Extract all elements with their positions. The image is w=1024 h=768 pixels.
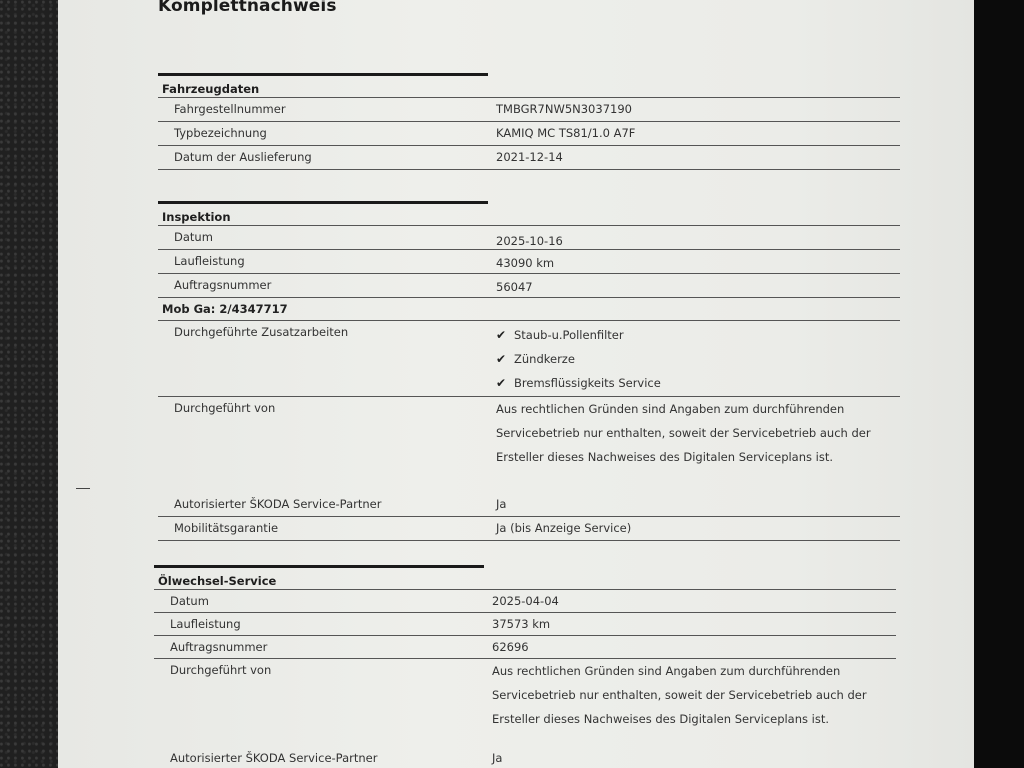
section-fahrzeugdaten: Fahrzeugdaten Fahrgestellnummer TMBGR7NW… xyxy=(158,73,900,170)
legal-notice-line: Ersteller dieses Nachweises des Digitale… xyxy=(496,445,900,469)
row-label: Auftragsnummer xyxy=(158,274,496,297)
zusatzarbeiten-list: ✔ Staub-u.Pollenfilter ✔ Zündkerze ✔ Bre… xyxy=(496,321,900,396)
table-row: Autorisierter ŠKODA Service-Partner Ja xyxy=(158,493,900,517)
leather-background xyxy=(0,0,58,768)
check-icon: ✔ xyxy=(496,376,514,390)
document-page: Komplettnachweis Fahrzeugdaten Fahrgeste… xyxy=(58,0,974,768)
legal-notice: Aus rechtlichen Gründen sind Angaben zum… xyxy=(492,659,896,747)
check-icon: ✔ xyxy=(496,352,514,366)
row-value: 56047 xyxy=(496,274,900,297)
row-value: Ja (bis Anzeige Service) xyxy=(496,517,900,540)
legal-notice-line: Aus rechtlichen Gründen sind Angaben zum… xyxy=(496,397,900,421)
row-value: 43090 km xyxy=(496,250,900,273)
dark-background xyxy=(974,0,1024,768)
list-item: ✔ Bremsflüssigkeits Service xyxy=(496,371,900,395)
table-row: Mobilitätsgarantie Ja (bis Anzeige Servi… xyxy=(158,517,900,541)
list-item-label: Bremsflüssigkeits Service xyxy=(514,376,661,390)
table-row: Datum der Auslieferung 2021-12-14 xyxy=(158,146,900,170)
table-row: Fahrgestellnummer TMBGR7NW5N3037190 xyxy=(158,98,900,122)
table-row: Autorisierter ŠKODA Service-Partner Ja xyxy=(154,747,896,768)
row-value: 62696 xyxy=(492,636,896,658)
table-row: Mob Ga: 2/4347717 xyxy=(158,298,900,321)
row-label: Autorisierter ŠKODA Service-Partner xyxy=(154,747,492,768)
table-row: Auftragsnummer 62696 xyxy=(154,636,896,659)
table-row: Datum 2025-04-04 xyxy=(154,590,896,613)
row-value: KAMIQ MC TS81/1.0 A7F xyxy=(496,122,900,145)
list-item: ✔ Zündkerze xyxy=(496,347,900,371)
section-title: Ölwechsel-Service xyxy=(154,568,896,590)
section-inspektion: Inspektion Datum 2025-10-16 Laufleistung… xyxy=(158,201,900,541)
table-row: Laufleistung 37573 km xyxy=(154,613,896,636)
document-title: Komplettnachweis xyxy=(158,0,337,16)
mob-ga-number: Mob Ga: 2/4347717 xyxy=(158,298,496,320)
row-label: Datum xyxy=(154,590,492,612)
row-label: Laufleistung xyxy=(154,613,492,635)
table-row: Typbezeichnung KAMIQ MC TS81/1.0 A7F xyxy=(158,122,900,146)
row-label: Durchgeführt von xyxy=(158,397,496,493)
legal-notice: Aus rechtlichen Gründen sind Angaben zum… xyxy=(496,397,900,493)
legal-notice-line: Ersteller dieses Nachweises des Digitale… xyxy=(492,707,896,731)
row-label: Datum xyxy=(158,226,496,249)
row-value: 2025-04-04 xyxy=(492,590,896,612)
row-value: Ja xyxy=(492,747,896,768)
table-row: Auftragsnummer 56047 xyxy=(158,274,900,298)
table-row: Durchgeführt von Aus rechtlichen Gründen… xyxy=(154,659,896,747)
row-label: Fahrgestellnummer xyxy=(158,98,496,121)
section-title: Fahrzeugdaten xyxy=(158,76,900,98)
list-item: ✔ Staub-u.Pollenfilter xyxy=(496,323,900,347)
row-label: Laufleistung xyxy=(158,250,496,273)
table-row: Durchgeführt von Aus rechtlichen Gründen… xyxy=(158,397,900,493)
list-item-label: Staub-u.Pollenfilter xyxy=(514,328,624,342)
row-label: Autorisierter ŠKODA Service-Partner xyxy=(158,493,496,516)
row-value: Ja xyxy=(496,493,900,516)
legal-notice-line: Servicebetrieb nur enthalten, soweit der… xyxy=(496,421,900,445)
table-row: Durchgeführte Zusatzarbeiten ✔ Staub-u.P… xyxy=(158,321,900,397)
row-label: Durchgeführte Zusatzarbeiten xyxy=(158,321,496,396)
row-label: Durchgeführt von xyxy=(154,659,492,747)
row-value: TMBGR7NW5N3037190 xyxy=(496,98,900,121)
list-item-label: Zündkerze xyxy=(514,352,575,366)
row-label: Datum der Auslieferung xyxy=(158,146,496,169)
row-label: Auftragsnummer xyxy=(154,636,492,658)
section-title: Inspektion xyxy=(158,204,900,226)
margin-mark xyxy=(76,488,90,489)
legal-notice-line: Servicebetrieb nur enthalten, soweit der… xyxy=(492,683,896,707)
row-label: Typbezeichnung xyxy=(158,122,496,145)
row-value: 37573 km xyxy=(492,613,896,635)
section-oelwechsel: Ölwechsel-Service Datum 2025-04-04 Laufl… xyxy=(154,565,896,768)
row-label: Mobilitätsgarantie xyxy=(158,517,496,540)
table-row: Datum 2025-10-16 xyxy=(158,226,900,250)
check-icon: ✔ xyxy=(496,328,514,342)
legal-notice-line: Aus rechtlichen Gründen sind Angaben zum… xyxy=(492,659,896,683)
row-value: 2025-10-16 xyxy=(496,226,900,249)
table-row: Laufleistung 43090 km xyxy=(158,250,900,274)
row-value: 2021-12-14 xyxy=(496,146,900,169)
